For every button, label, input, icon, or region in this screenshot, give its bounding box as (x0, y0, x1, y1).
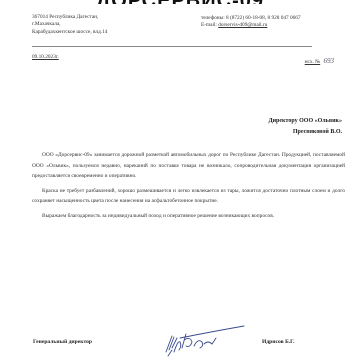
company-address: 367014 Республика Дагестан, г.Махачкала,… (32, 14, 107, 36)
body-paragraph: ООО «Дорсервис-09» занимается дорожной р… (32, 150, 345, 182)
company-contacts: телефоны: 8 (8722) 60-18-08, 8 928 047 0… (201, 15, 301, 29)
outgoing-label: исх. № (305, 59, 320, 65)
header-divider (32, 46, 312, 47)
letter-date: 09.10.2023г. (32, 54, 59, 60)
address-line: Карабудахкентское шоссе, влд.14 (32, 29, 107, 36)
handwritten-signature-icon (160, 322, 250, 360)
addressee-block: Директору ООО «Ольвик» Пресняковой В.О. (268, 116, 342, 138)
address-line: 367014 Республика Дагестан, (32, 14, 107, 21)
phones: телефоны: 8 (8722) 60-18-08, 8 928 047 0… (201, 15, 301, 22)
address-line: г.Махачкала, (32, 21, 107, 28)
signatory-name: Идрисов Б.Г. (262, 339, 295, 345)
letter-body: ООО «Дорсервис-09» занимается дорожной р… (32, 150, 345, 226)
outgoing-number: исх. № 693 (305, 57, 334, 65)
body-paragraph: Выражаем благодарность за индивидуальный… (32, 211, 345, 222)
email-link[interactable]: dorservis-d09@mail.ru (218, 22, 267, 28)
body-paragraph: Краска не требует разбавлений, хорошо ра… (32, 186, 345, 207)
email-label: E-mail: (201, 22, 217, 28)
email-row: E-mail: dorservis-d09@mail.ru (201, 22, 301, 29)
signatory-title: Генеральный директор (33, 339, 92, 345)
addressee-name: Пресняковой В.О. (268, 127, 342, 138)
outgoing-number-value: 693 (324, 57, 335, 65)
company-name-header: ДОРСЕРВИС-09 (50, 0, 310, 4)
addressee-position: Директору ООО «Ольвик» (268, 116, 342, 127)
